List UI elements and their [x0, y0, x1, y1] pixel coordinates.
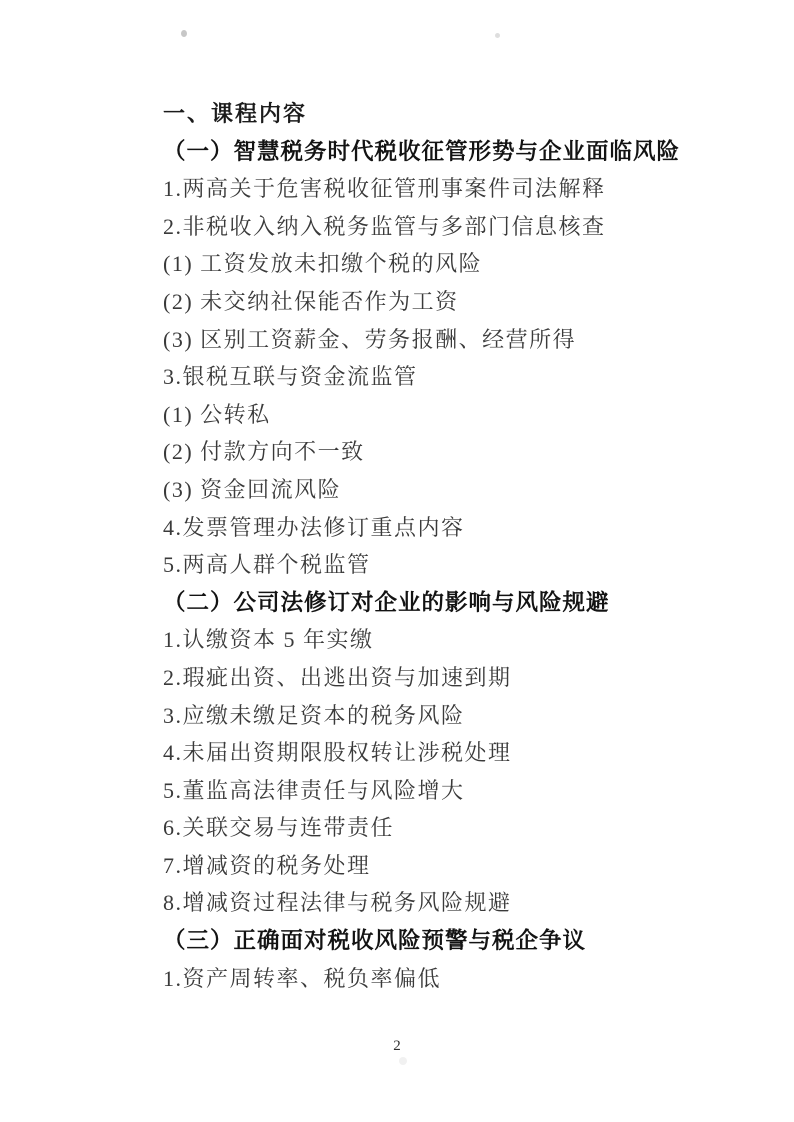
outline-item: 4.未届出资期限股权转让涉税处理: [163, 734, 743, 772]
scan-artifact: [399, 1057, 407, 1065]
outline-item: 5.董监高法律责任与风险增大: [163, 772, 743, 810]
outline-item: 1.认缴资本 5 年实缴: [163, 621, 743, 659]
page-number: 2: [0, 1036, 794, 1056]
outline-item: (2) 未交纳社保能否作为工资: [163, 283, 743, 321]
outline-item: 1.资产周转率、税负率偏低: [163, 960, 743, 998]
outline-item: (3) 资金回流风险: [163, 471, 743, 509]
outline-item: 4.发票管理办法修订重点内容: [163, 509, 743, 547]
scan-artifact: [181, 30, 187, 37]
section-1-heading: （一）智慧税务时代税收征管形势与企业面临风险: [163, 133, 743, 171]
outline-item: (1) 工资发放未扣缴个税的风险: [163, 245, 743, 283]
outline-item: (2) 付款方向不一致: [163, 433, 743, 471]
outline-item: 3.银税互联与资金流监管: [163, 358, 743, 396]
outline-item: 2.瑕疵出资、出逃出资与加速到期: [163, 659, 743, 697]
outline-item: 3.应缴未缴足资本的税务风险: [163, 697, 743, 735]
outline-item: 8.增减资过程法律与税务风险规避: [163, 884, 743, 922]
outline-title: 一、课程内容: [163, 95, 743, 133]
outline-item: 2.非税收入纳入税务监管与多部门信息核查: [163, 208, 743, 246]
scan-artifact: [495, 33, 500, 38]
outline-item: (3) 区别工资薪金、劳务报酬、经营所得: [163, 321, 743, 359]
section-2-heading: （二）公司法修订对企业的影响与风险规避: [163, 584, 743, 622]
document-page: 一、课程内容 （一）智慧税务时代税收征管形势与企业面临风险 1.两高关于危害税收…: [0, 0, 794, 1122]
outline-item: 1.两高关于危害税收征管刑事案件司法解释: [163, 170, 743, 208]
outline-item: (1) 公转私: [163, 396, 743, 434]
outline-item: 6.关联交易与连带责任: [163, 809, 743, 847]
outline-item: 7.增减资的税务处理: [163, 847, 743, 885]
outline-item: 5.两高人群个税监管: [163, 546, 743, 584]
course-outline: 一、课程内容 （一）智慧税务时代税收征管形势与企业面临风险 1.两高关于危害税收…: [163, 95, 743, 997]
section-3-heading: （三）正确面对税收风险预警与税企争议: [163, 922, 743, 960]
